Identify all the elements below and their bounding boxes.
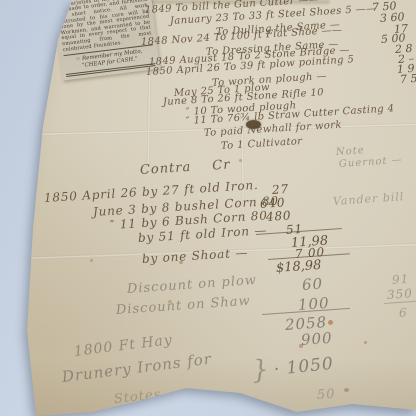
rust-spot [239,159,242,162]
pencil-note: Note [336,145,365,158]
rust-spot [328,320,333,325]
pencil-side-number: 91 [392,272,410,287]
rust-spot [90,259,93,262]
photo-background: et Tires and Cart Wheels, Farmers and Mi… [0,0,416,416]
ledger-total: $18,98 [275,258,321,276]
ledger-debit-amount: 7 5 [400,72,416,86]
pencil-brace: } [251,355,271,386]
rust-spot [364,341,367,344]
pencil-side-number: 350 [387,286,414,302]
pencil-bottom-partial: 50 [316,387,336,403]
rust-spot [344,388,349,392]
document-paper: et Tires and Cart Wheels, Farmers and Mi… [0,0,416,416]
pencil-side-number: 6 [399,305,409,320]
pencil-discount-plow-amount: 60 [301,275,323,294]
ledger-credit-amount: 480 [266,208,292,224]
pencil-sum: 900 [300,329,333,349]
paper-wrap: et Tires and Cart Wheels, Farmers and Mi… [0,0,416,416]
